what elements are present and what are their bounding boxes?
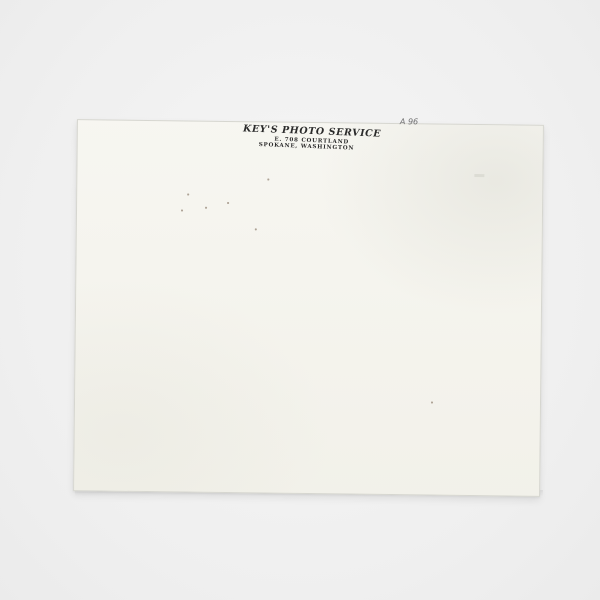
faint-mark — [474, 174, 484, 177]
pencil-note: A 96 — [400, 117, 418, 126]
photo-back-card: KEY'S PHOTO SERVICE E. 708 COURTLAND SPO… — [73, 119, 544, 497]
paper-speck — [267, 178, 269, 180]
paper-speck — [181, 209, 183, 211]
paper-speck — [187, 194, 189, 196]
paper-speck — [227, 202, 229, 204]
paper-speck — [431, 402, 433, 404]
paper-speck — [205, 207, 207, 209]
studio-stamp: KEY'S PHOTO SERVICE E. 708 COURTLAND SPO… — [242, 124, 381, 153]
paper-speck — [255, 228, 257, 230]
